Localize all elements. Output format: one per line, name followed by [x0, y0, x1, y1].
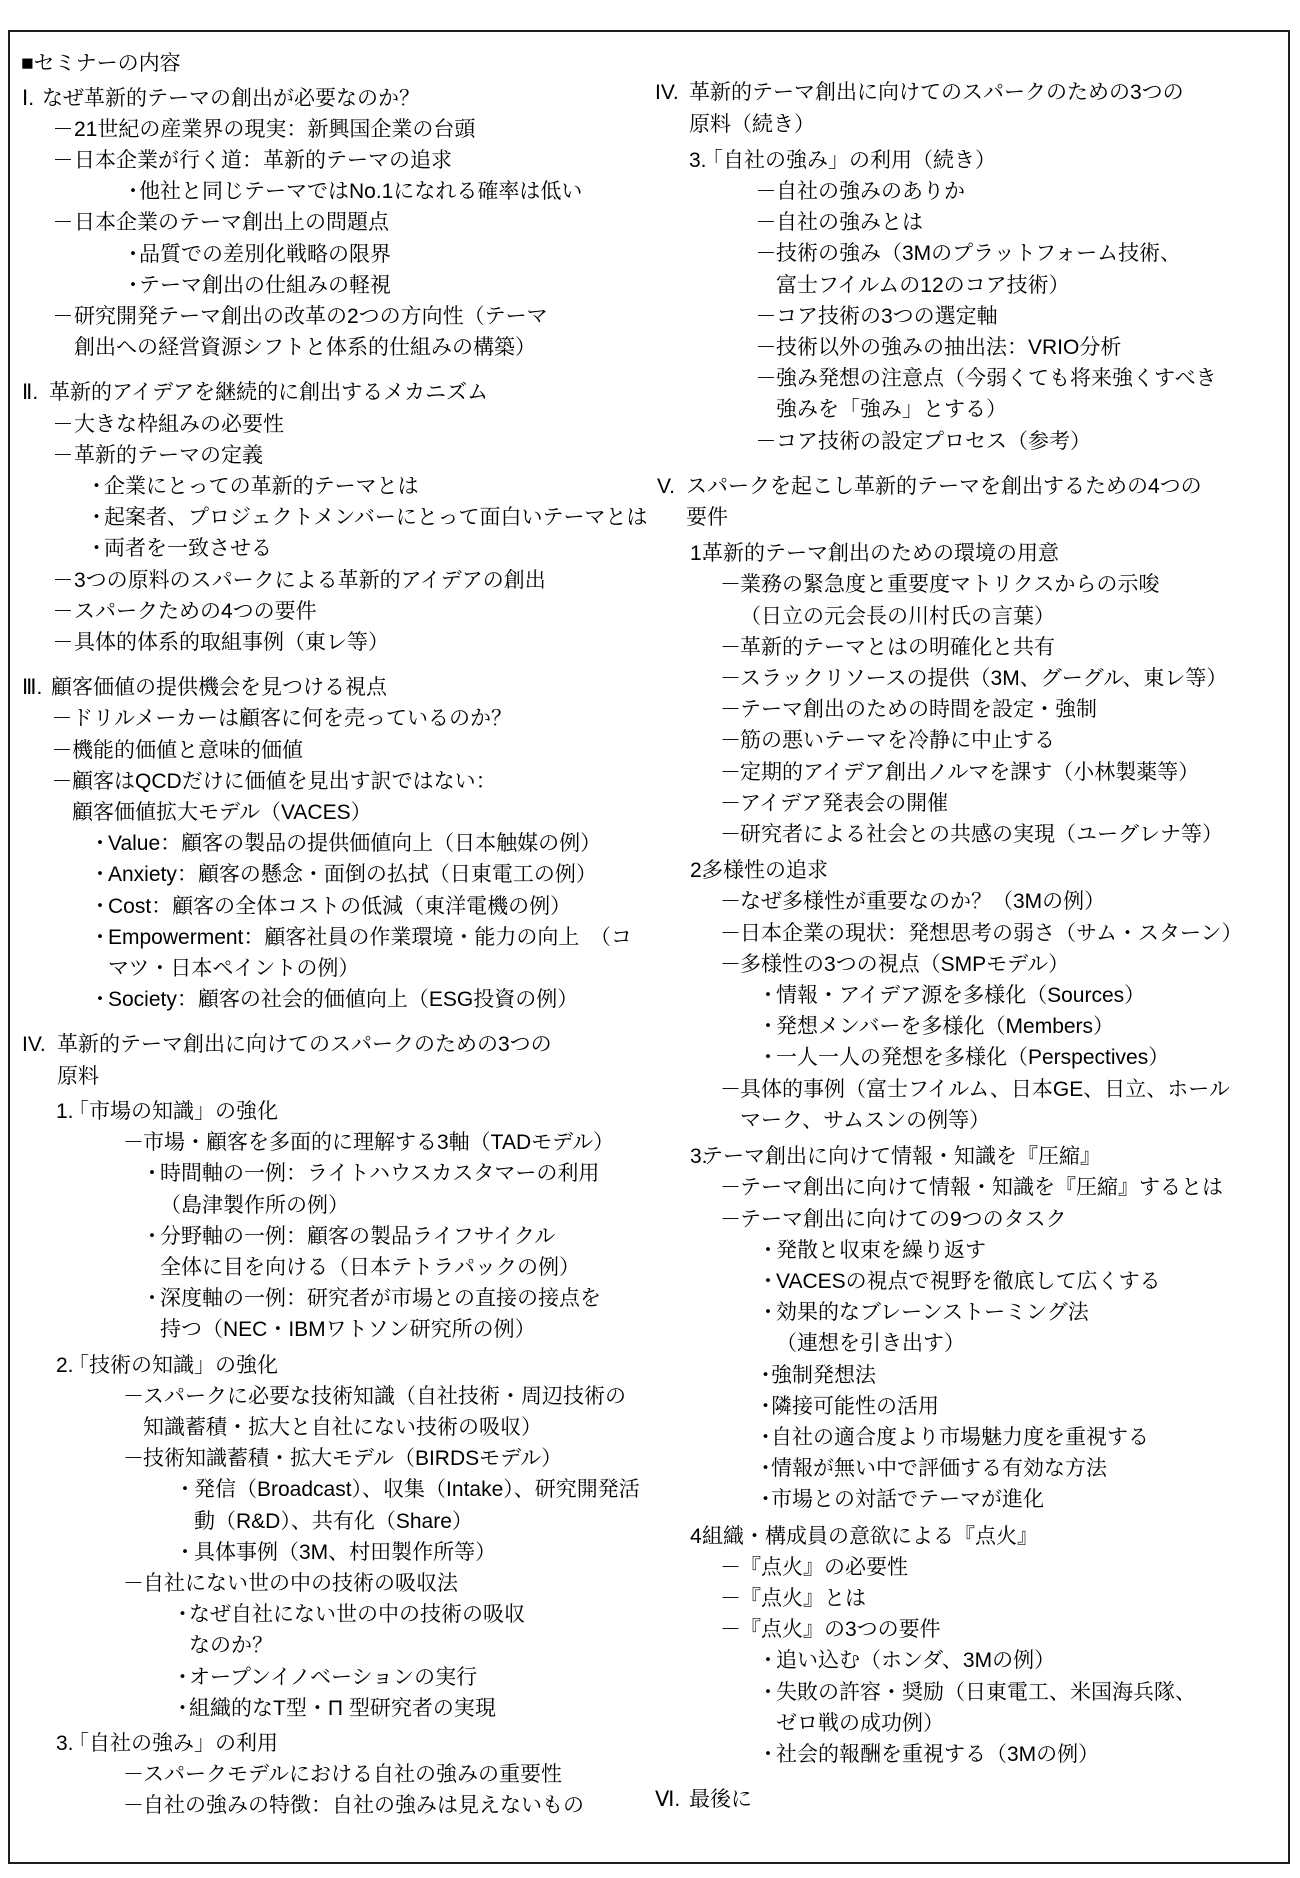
dash-marker: －: [756, 426, 776, 457]
section-title: IV. 革新的テーマ創出に向けてのスパークのための3つの 原料（続き）: [0, 77, 1300, 139]
sub-list-item-text: 社会的報酬を重視する（3Mの例）: [776, 1739, 1099, 1770]
bullet-marker: ・: [760, 1484, 771, 1515]
dash-marker: －: [721, 1172, 740, 1203]
subsection-title: 3. 「自社の強み」の利用（続き）: [0, 145, 1300, 176]
section-title-text: スパークを起こし革新的テーマを創出するための4つの 要件: [686, 471, 1202, 533]
bullet-marker: ・: [760, 1266, 776, 1297]
sub-list-item: ・ 効果的なブレーンストーミング法 （連想を引き出す）: [0, 1297, 1300, 1359]
sub-list-item-text: 強制発想法: [771, 1360, 876, 1391]
sub-list-item: ・ 追い込む（ホンダ、3Mの例）: [0, 1645, 1300, 1676]
sub-list-item-text: 隣接可能性の活用: [771, 1391, 939, 1422]
list-item-text: 『点火』の3つの要件: [740, 1614, 941, 1645]
list-item: － なぜ多様性が重要なのか？（3Mの例）: [0, 886, 1300, 917]
subsection-number: 3.: [689, 145, 702, 176]
dash-marker: －: [721, 886, 740, 917]
list-item: － アイデア発表会の開催: [0, 788, 1300, 819]
sub-list-item-text: 情報が無い中で評価する有効な方法: [771, 1453, 1107, 1484]
subsection-5-1: 1. 革新的テーマ創出のための環境の用意 － 業務の緊急度と重要度マトリクスから…: [0, 538, 1300, 850]
section-6: Ⅵ. 最後に: [0, 1784, 1300, 1815]
list-item: － 『点火』とは: [0, 1583, 1300, 1614]
list-item-text: 革新的テーマとはの明確化と共有: [740, 632, 1055, 663]
subsection-title-text: 「自社の強み」の利用（続き）: [702, 145, 996, 176]
subsection-5-3: 3. テーマ創出に向けて情報・知識を『圧縮』 － テーマ創出に向けて情報・知識を…: [0, 1141, 1300, 1515]
subsection-5-2: 2. 多様性の追求 － なぜ多様性が重要なのか？（3Mの例） － 日本企業の現状…: [0, 855, 1300, 1136]
sub-list-item: ・ 強制発想法: [0, 1360, 1300, 1391]
dash-marker: －: [721, 949, 740, 980]
subsection-title-text: テーマ創出に向けて情報・知識を『圧縮』: [702, 1141, 1101, 1172]
list-item: － 筋の悪いテーマを冷静に中止する: [0, 725, 1300, 756]
sub-list-item-text: 効果的なブレーンストーミング法 （連想を引き出す）: [776, 1297, 1089, 1359]
bullet-marker: ・: [760, 1235, 776, 1266]
sub-list-item: ・ 自社の適合度より市場魅力度を重視する: [0, 1422, 1300, 1453]
sub-list-item: ・ 隣接可能性の活用: [0, 1391, 1300, 1422]
list-item-text: 筋の悪いテーマを冷静に中止する: [740, 725, 1055, 756]
list-item-text: 自社の強みとは: [776, 207, 923, 238]
dash-marker: －: [721, 694, 740, 725]
list-item-text: コア技術の設定プロセス（参考）: [776, 426, 1091, 457]
list-item: － テーマ創出に向けて情報・知識を『圧縮』するとは: [0, 1172, 1300, 1203]
sub-list-item-text: VACESの視点で視野を徹底して広くする: [776, 1266, 1161, 1297]
list-item: － 『点火』の3つの要件: [0, 1614, 1300, 1645]
page-heading-text: ■セミナーの内容: [21, 48, 181, 79]
subsection-5-4: 4. 組織・構成員の意欲による『点火』 － 『点火』の必要性 － 『点火』とは …: [0, 1521, 1300, 1771]
list-item: － テーマ創出に向けての9つのタスク: [0, 1204, 1300, 1235]
sub-list-item: ・ 市場との対話でテーマが進化: [0, 1484, 1300, 1515]
list-item: － 革新的テーマとはの明確化と共有: [0, 632, 1300, 663]
bullet-marker: ・: [760, 1645, 776, 1676]
subsection-number: 4.: [690, 1521, 702, 1552]
dash-marker: －: [721, 1552, 740, 1583]
dash-marker: －: [721, 918, 740, 949]
list-item-text: テーマ創出に向けての9つのタスク: [740, 1204, 1067, 1235]
list-item-text: コア技術の3つの選定軸: [776, 301, 998, 332]
subsection-number: 1.: [690, 538, 702, 569]
list-item-text: スラックリソースの提供（3M、グーグル、東レ等）: [740, 663, 1227, 694]
list-item: － テーマ創出のための時間を設定・強制: [0, 694, 1300, 725]
subsection-title-text: 革新的テーマ創出のための環境の用意: [702, 538, 1059, 569]
sub-list-item: ・ 情報・アイデア源を多様化（Sources）: [0, 980, 1300, 1011]
sub-list-item: ・ 一人一人の発想を多様化（Perspectives）: [0, 1042, 1300, 1073]
dash-marker: －: [721, 1074, 740, 1105]
right-column: IV. 革新的テーマ創出に向けてのスパークのための3つの 原料（続き） 3. 「…: [0, 77, 1300, 1815]
list-item: － 定期的アイデア創出ノルマを課す（小林製薬等）: [0, 757, 1300, 788]
bullet-marker: ・: [760, 1042, 776, 1073]
dash-marker: －: [756, 207, 776, 238]
dash-marker: －: [721, 1583, 740, 1614]
dash-marker: －: [721, 663, 740, 694]
sub-list-item: ・ 社会的報酬を重視する（3Mの例）: [0, 1739, 1300, 1770]
list-item-text: 定期的アイデア創出ノルマを課す（小林製薬等）: [740, 757, 1199, 788]
list-item-text: 技術の強み（3Mのプラットフォーム技術、 富士フイルムの12のコア技術）: [776, 238, 1181, 300]
list-item: － コア技術の3つの選定軸: [0, 301, 1300, 332]
section-5: V. スパークを起こし革新的テーマを創出するための4つの 要件 1. 革新的テー…: [0, 471, 1300, 1770]
list-item-text: 日本企業の現状：発想思考の弱さ（サム・スターン）: [740, 918, 1243, 949]
dash-marker: －: [756, 238, 776, 269]
dash-marker: －: [721, 1204, 740, 1235]
list-item: － 強み発想の注意点（今弱くても将来強くすべき 強みを「強み」とする）: [0, 363, 1300, 425]
list-item: － 自社の強みのありか: [0, 176, 1300, 207]
dash-marker: －: [756, 301, 776, 332]
list-item: － 自社の強みとは: [0, 207, 1300, 238]
list-item: － 技術以外の強みの抽出法：VRIO分析: [0, 332, 1300, 363]
list-item-text: 業務の緊急度と重要度マトリクスからの示唆 （日立の元会長の川村氏の言葉）: [740, 569, 1159, 631]
subsection-title: 3. テーマ創出に向けて情報・知識を『圧縮』: [0, 1141, 1300, 1172]
dash-marker: －: [721, 725, 740, 756]
list-item: － スラックリソースの提供（3M、グーグル、東レ等）: [0, 663, 1300, 694]
subsection-title-text: 組織・構成員の意欲による『点火』: [702, 1521, 1038, 1552]
section-numeral: IV.: [655, 77, 689, 108]
bullet-marker: ・: [760, 1677, 776, 1708]
dash-marker: －: [721, 632, 740, 663]
list-item-text: 自社の強みのありか: [776, 176, 965, 207]
dash-marker: －: [756, 363, 776, 394]
dash-marker: －: [721, 788, 740, 819]
list-item-text: 研究者による社会との共感の実現（ユーグレナ等）: [740, 819, 1223, 850]
section-title: Ⅵ. 最後に: [0, 1784, 1300, 1815]
list-item: － 『点火』の必要性: [0, 1552, 1300, 1583]
list-item: － 業務の緊急度と重要度マトリクスからの示唆 （日立の元会長の川村氏の言葉）: [0, 569, 1300, 631]
list-item: － 研究者による社会との共感の実現（ユーグレナ等）: [0, 819, 1300, 850]
list-item: － 具体的事例（富士フイルム、日本GE、日立、ホール マーク、サムスンの例等）: [0, 1074, 1300, 1136]
sub-list-item-text: 情報・アイデア源を多様化（Sources）: [776, 980, 1145, 1011]
subsection-number: 2.: [690, 855, 702, 886]
list-item: － 技術の強み（3Mのプラットフォーム技術、 富士フイルムの12のコア技術）: [0, 238, 1300, 300]
sub-list-item: ・ 発想メンバーを多様化（Members）: [0, 1011, 1300, 1042]
subsection-number: 3.: [690, 1141, 702, 1172]
list-item-text: テーマ創出のための時間を設定・強制: [740, 694, 1097, 725]
list-item: － 日本企業の現状：発想思考の弱さ（サム・スターン）: [0, 918, 1300, 949]
sub-list-item: ・ 情報が無い中で評価する有効な方法: [0, 1453, 1300, 1484]
list-item-text: 技術以外の強みの抽出法：VRIO分析: [776, 332, 1121, 363]
dash-marker: －: [721, 1614, 740, 1645]
dash-marker: －: [721, 569, 740, 600]
dash-marker: －: [756, 332, 776, 363]
list-item: － コア技術の設定プロセス（参考）: [0, 426, 1300, 457]
dash-marker: －: [756, 176, 776, 207]
list-item-text: 『点火』の必要性: [740, 1552, 908, 1583]
subsection-4-3-continued: 3. 「自社の強み」の利用（続き） － 自社の強みのありか － 自社の強みとは …: [0, 145, 1300, 457]
bullet-marker: ・: [760, 1391, 771, 1422]
sub-list-item-text: 失敗の許容・奨励（日東電工、米国海兵隊、 ゼロ戦の成功例）: [776, 1677, 1196, 1739]
section-title-text: 革新的テーマ創出に向けてのスパークのための3つの 原料（続き）: [689, 77, 1184, 139]
sub-list-item: ・ VACESの視点で視野を徹底して広くする: [0, 1266, 1300, 1297]
section-4-continued: IV. 革新的テーマ創出に向けてのスパークのための3つの 原料（続き） 3. 「…: [0, 77, 1300, 456]
subsection-title-text: 多様性の追求: [702, 855, 828, 886]
bullet-marker: ・: [760, 980, 776, 1011]
list-item-text: アイデア発表会の開催: [740, 788, 948, 819]
list-item-text: テーマ創出に向けて情報・知識を『圧縮』するとは: [740, 1172, 1223, 1203]
bullet-marker: ・: [760, 1360, 771, 1391]
subsection-title: 1. 革新的テーマ創出のための環境の用意: [0, 538, 1300, 569]
section-title: V. スパークを起こし革新的テーマを創出するための4つの 要件: [0, 471, 1300, 533]
section-title-text: 最後に: [689, 1784, 752, 1815]
dash-marker: －: [721, 819, 740, 850]
list-item-text: 強み発想の注意点（今弱くても将来強くすべき 強みを「強み」とする）: [776, 363, 1217, 425]
sub-list-item-text: 一人一人の発想を多様化（Perspectives）: [776, 1042, 1169, 1073]
section-numeral: V.: [657, 471, 686, 502]
sub-list-item-text: 追い込む（ホンダ、3Mの例）: [776, 1645, 1055, 1676]
list-item-text: 多様性の3つの視点（SMPモデル）: [740, 949, 1069, 980]
list-item-text: 『点火』とは: [740, 1583, 866, 1614]
bullet-marker: ・: [760, 1453, 771, 1484]
sub-list-item-text: 発散と収束を繰り返す: [776, 1235, 986, 1266]
dash-marker: －: [721, 757, 740, 788]
list-item: － 多様性の3つの視点（SMPモデル）: [0, 949, 1300, 980]
subsection-title: 4. 組織・構成員の意欲による『点火』: [0, 1521, 1300, 1552]
bullet-marker: ・: [760, 1422, 771, 1453]
sub-list-item-text: 発想メンバーを多様化（Members）: [776, 1011, 1114, 1042]
list-item-text: なぜ多様性が重要なのか？（3Mの例）: [740, 886, 1105, 917]
bullet-marker: ・: [760, 1297, 776, 1328]
page-heading: ■セミナーの内容: [0, 48, 1300, 79]
sub-list-item-text: 自社の適合度より市場魅力度を重視する: [771, 1422, 1149, 1453]
section-numeral: Ⅵ.: [655, 1784, 689, 1815]
sub-list-item-text: 市場との対話でテーマが進化: [771, 1484, 1044, 1515]
bullet-marker: ・: [760, 1011, 776, 1042]
sub-list-item: ・ 失敗の許容・奨励（日東電工、米国海兵隊、 ゼロ戦の成功例）: [0, 1677, 1300, 1739]
bullet-marker: ・: [760, 1739, 776, 1770]
subsection-title: 2. 多様性の追求: [0, 855, 1300, 886]
sub-list-item: ・ 発散と収束を繰り返す: [0, 1235, 1300, 1266]
list-item-text: 具体的事例（富士フイルム、日本GE、日立、ホール マーク、サムスンの例等）: [740, 1074, 1230, 1136]
